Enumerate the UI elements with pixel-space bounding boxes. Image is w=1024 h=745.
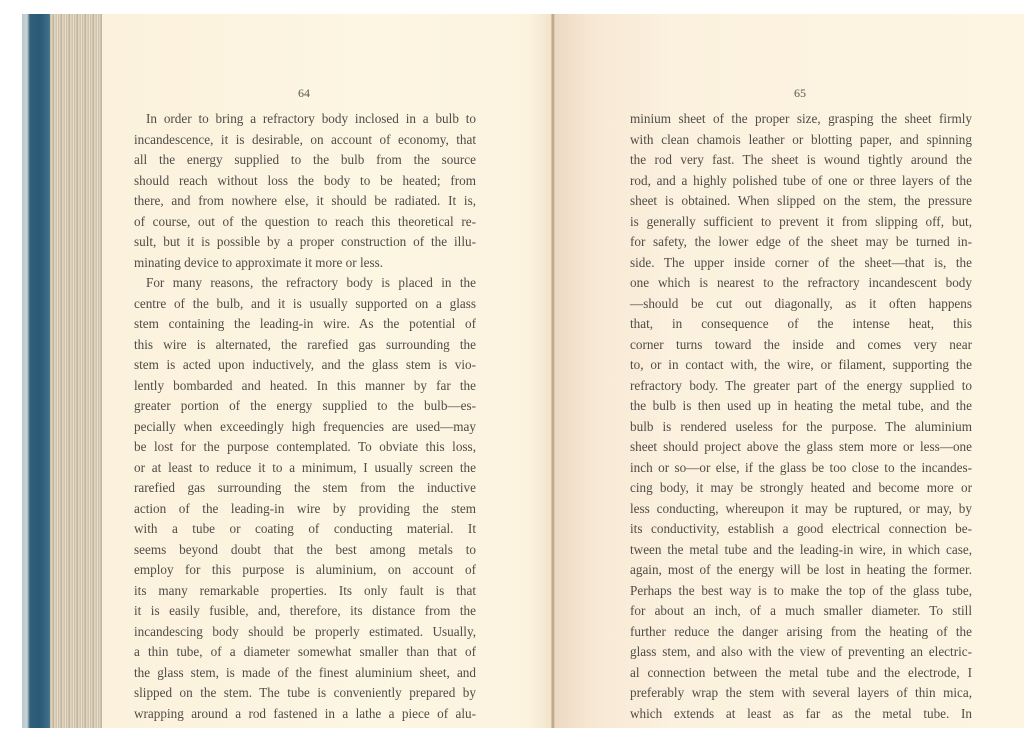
text-line: minating device to approximate it more o… — [134, 253, 476, 274]
text-line: pecially when exceedingly high frequenci… — [134, 417, 476, 438]
text-line: its many remarkable properties. Its only… — [134, 581, 476, 602]
text-line: wrapping around a rod fastened in a lath… — [134, 704, 476, 725]
text-line: further reduce the danger arising from t… — [630, 622, 972, 643]
text-line: with clean chamois leather or blotting p… — [630, 130, 972, 151]
text-line: that, in consequence of the intense heat… — [630, 314, 972, 335]
text-line: for about an inch, of a much smaller dia… — [630, 601, 972, 622]
left-page: 64 In order to bring a refractory body i… — [102, 14, 551, 728]
text-line: greater portion of the energy supplied t… — [134, 396, 476, 417]
text-line: In order to bring a refractory body incl… — [134, 109, 476, 130]
text-line: rarefied gas surrounding the stem from t… — [134, 478, 476, 499]
text-line: less conducting, whereupon it may be rup… — [630, 499, 972, 520]
text-line: bulb is rendered useless for the purpose… — [630, 417, 972, 438]
text-line: should reach without loss the body to be… — [134, 171, 476, 192]
text-line: incandescence, it is desirable, on accou… — [134, 130, 476, 151]
left-page-text: In order to bring a refractory body incl… — [134, 109, 476, 724]
text-line: one which is nearest to the refractory i… — [630, 273, 972, 294]
text-line: al connection between the metal tube and… — [630, 663, 972, 684]
text-line: lently bombarded and heated. In this man… — [134, 376, 476, 397]
text-line: For many reasons, the refractory body is… — [134, 273, 476, 294]
text-line: minium sheet of the proper size, graspin… — [630, 109, 972, 130]
text-line: of course, out of the question to reach … — [134, 212, 476, 233]
text-line: there, and from nowhere else, it should … — [134, 191, 476, 212]
text-line: is generally sufficient to prevent it fr… — [630, 212, 972, 233]
text-line: Perhaps the best way is to make the top … — [630, 581, 972, 602]
text-line: all the energy supplied to the bulb from… — [134, 150, 476, 171]
text-line: or at least to reduce it to a minimum, I… — [134, 458, 476, 479]
text-line: this wire is alternated, the rarefied ga… — [134, 335, 476, 356]
text-line: stem containing the leading-in wire. As … — [134, 314, 476, 335]
right-page: 65 minium sheet of the proper size, gras… — [555, 14, 1024, 728]
text-line: centre of the bulb, and it is usually su… — [134, 294, 476, 315]
text-line: stem is acted upon inductively, and the … — [134, 355, 476, 376]
book-cover-edge — [22, 14, 50, 728]
text-line: seems beyond doubt that the best among m… — [134, 540, 476, 561]
text-line: corner turns toward the inside and comes… — [630, 335, 972, 356]
text-line: inch or so—or else, if the glass be too … — [630, 458, 972, 479]
text-line: preferably wrap the stem with several la… — [630, 683, 972, 704]
page-edges — [50, 14, 102, 728]
text-line: side. The upper inside corner of the she… — [630, 253, 972, 274]
text-line: slipped on the stem. The tube is conveni… — [134, 683, 476, 704]
text-line: which extends at least as far as the met… — [630, 704, 972, 725]
text-line: sheet should project above the glass ste… — [630, 437, 972, 458]
text-line: rod, and a highly polished tube of one o… — [630, 171, 972, 192]
text-line: employ for this purpose is aluminium, on… — [134, 560, 476, 581]
text-line: the glass stem, is made of the finest al… — [134, 663, 476, 684]
text-line: a thin tube, of a diameter somewhat smal… — [134, 642, 476, 663]
text-line: refractory body. The greater part of the… — [630, 376, 972, 397]
text-line: —should be cut out diagonally, as it oft… — [630, 294, 972, 315]
right-page-text: minium sheet of the proper size, graspin… — [630, 109, 972, 724]
text-line: action of the leading-in wire by providi… — [134, 499, 476, 520]
text-line: tween the metal tube and the leading-in … — [630, 540, 972, 561]
text-line: again, most of the energy will be lost i… — [630, 560, 972, 581]
text-line: glass stem, and also with the view of pr… — [630, 642, 972, 663]
page-number-right: 65 — [780, 86, 820, 101]
text-line: the bulb is then used up in heating the … — [630, 396, 972, 417]
text-line: sheet is obtained. When slipped on the s… — [630, 191, 972, 212]
text-line: incandescing body should be properly est… — [134, 622, 476, 643]
text-line: sult, but it is possible by a proper con… — [134, 232, 476, 253]
text-line: it is easily fusible, and, therefore, it… — [134, 601, 476, 622]
text-line: its conductivity, establish a good elect… — [630, 519, 972, 540]
page-number-left: 64 — [284, 86, 324, 101]
text-line: cing body, it may be strongly heated and… — [630, 478, 972, 499]
text-line: to, or in contact with, the wire, or fil… — [630, 355, 972, 376]
text-line: the rod very fast. The sheet is wound ti… — [630, 150, 972, 171]
open-book: 64 In order to bring a refractory body i… — [22, 14, 1024, 728]
text-line: with a tube or coating of conducting mat… — [134, 519, 476, 540]
text-line: for safety, the lower edge of the sheet … — [630, 232, 972, 253]
text-line: be lost for the purpose contemplated. To… — [134, 437, 476, 458]
